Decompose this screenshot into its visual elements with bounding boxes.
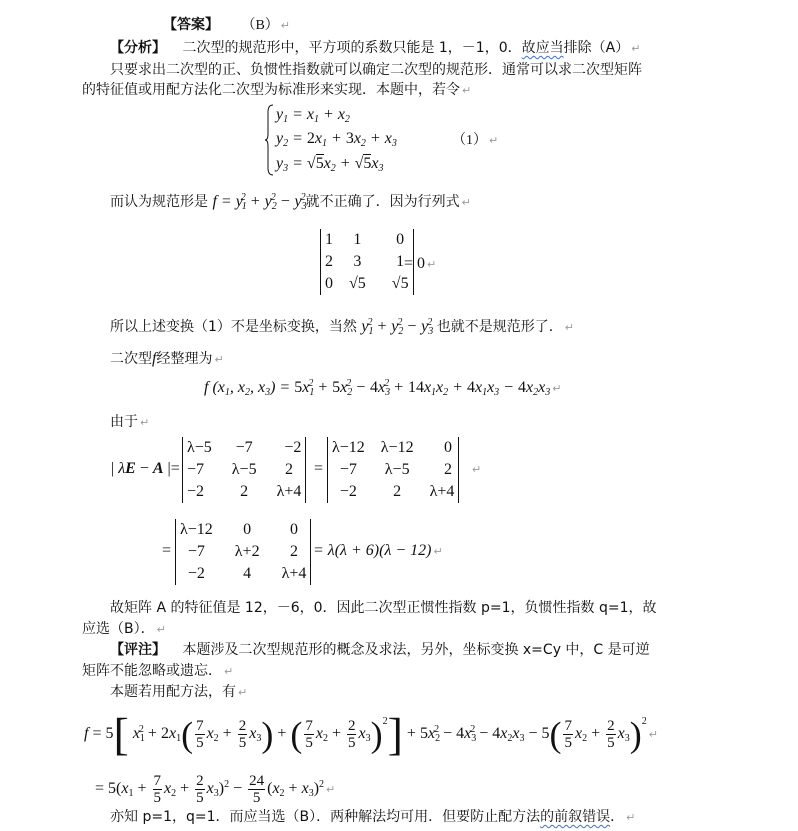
det-cell: √5: [337, 273, 378, 295]
paragraph-mark: ↵: [489, 134, 498, 147]
system-row-1: y1 = x1 + x2: [276, 106, 350, 124]
formula-y-squares: y12 + y22 − y32: [361, 318, 432, 335]
final-text: 亦知 p=1，q=1．而应当选（B）．两种解法均可用．但要防止配方法: [110, 809, 540, 825]
not-transform-suffix: 也就不是规范形了．: [437, 319, 563, 335]
comment-line-1: 【评注】 本题涉及二次型规范形的概念及求法，另外，坐标变换 x=Cy 中，C 是…: [110, 641, 650, 659]
paragraph-mark: ↵: [649, 728, 658, 741]
equation-tag-text: （1）: [452, 133, 487, 148]
answer-label: 【答案】: [163, 17, 219, 33]
answer-value: （B）: [241, 18, 278, 33]
char-det-matrix-1: λ−5−7−2 −7λ−52 −22λ+4: [182, 437, 306, 503]
arranged-line: 二次型f经整理为↵: [110, 350, 224, 369]
det-cell: λ−12: [328, 437, 369, 459]
paragraph-mark: ↵: [626, 811, 635, 824]
det-cell: −2: [273, 437, 306, 459]
det-cell: λ−5: [369, 459, 426, 481]
det-cell: 0: [321, 273, 337, 295]
det-cell: −7: [328, 459, 369, 481]
arranged-suffix: 经整理为: [156, 351, 212, 367]
det-cell: 0: [426, 437, 459, 459]
char-poly-text: = λ(λ + 6)(λ − 12): [313, 542, 432, 559]
comment-text-3: 本题若用配方法，有: [110, 684, 236, 700]
comment-text-1: 本题涉及二次型规范形的概念及求法，另外，坐标变换 x=Cy 中，C 是可逆: [182, 642, 649, 658]
paragraph-mark: ↵: [157, 623, 166, 636]
paragraph-mark: ↵: [326, 783, 335, 796]
not-transform-prefix: 所以上述变换（1）不是坐标变换，当然: [110, 319, 357, 335]
char-det-lhs: | λE − A |=: [111, 460, 180, 478]
analysis-text: 二次型的规范形中，平方项的系数只能是 1，－1，0．: [182, 40, 521, 56]
conclusion-line-2: 应选（B）．↵: [82, 620, 166, 639]
comment-text-2: 矩阵不能忽略或遗忘．: [82, 663, 222, 679]
paragraph-mark: ↵: [140, 416, 149, 429]
det-cell: 3: [337, 251, 378, 273]
since-text: 由于: [110, 414, 138, 430]
det-cell: λ+4: [273, 481, 306, 503]
since-line: 由于↵: [110, 413, 149, 432]
equation-tag: （1）↵: [452, 132, 498, 150]
det-cell: 4: [217, 563, 278, 585]
arranged-prefix: 二次型: [110, 351, 152, 367]
paragraph-mark: ↵: [238, 686, 247, 699]
analysis-label: 【分析】: [110, 40, 166, 56]
det-cell: 2: [321, 251, 337, 273]
paragraph-mark: ↵: [462, 196, 471, 209]
det-cell: λ−5: [183, 437, 216, 459]
det-cell: 2: [216, 481, 273, 503]
det-cell: λ−12: [369, 437, 426, 459]
det-cell: −2: [183, 481, 216, 503]
det1-result-text: = 0: [404, 255, 425, 272]
analysis-line-1: 【分析】 二次型的规范形中，平方项的系数只能是 1，－1，0．故应当排除（A）↵: [110, 39, 640, 58]
det-cell: 0: [217, 519, 278, 541]
det-cell: −2: [176, 563, 217, 585]
left-brace-icon: [264, 104, 274, 176]
det-cell: λ+4: [278, 563, 311, 585]
quadratic-form-formula: f (x1, x2, x3) = 5x12 + 5x22 − 4x32 + 14…: [204, 379, 561, 398]
det-cell: 0: [278, 519, 311, 541]
final-line: 亦知 p=1，q=1．而应当选（B）．两种解法均可用．但要防止配方法的前叙错误．…: [110, 808, 635, 827]
paragraph-mark: ↵: [552, 382, 561, 395]
det-cell: 2: [426, 459, 459, 481]
paragraph-mark-char: ↵: [470, 460, 481, 479]
final-text-end: ．: [610, 809, 624, 825]
spellcheck-underline[interactable]: 故应当: [522, 40, 564, 56]
det-cell: −7: [183, 459, 216, 481]
paragraph-mark: ↵: [214, 353, 223, 366]
spellcheck-underline[interactable]: 的前叙错误: [540, 809, 610, 825]
det-cell: λ+2: [217, 541, 278, 563]
det-cell: 1: [321, 229, 337, 251]
formula-f-wrong: f = y12 + y22 − y32: [212, 193, 305, 210]
paragraph-mark: ↵: [427, 258, 436, 271]
answer-line: 【答案】 （B）↵: [163, 16, 290, 35]
det-cell: λ+4: [426, 481, 459, 503]
analysis-text-3: 的特征值或用配方法化二次型为标准形来实现．本题中，若令: [82, 82, 460, 98]
det-cell: −7: [216, 437, 273, 459]
det-cell: λ−12: [176, 519, 217, 541]
char-poly-result: = λ(λ + 6)(λ − 12)↵: [313, 542, 443, 561]
det-cell: √5: [378, 273, 413, 295]
wrong-form-line: 而认为规范形是 f = y12 + y22 − y32就不正确了．因为行列式↵: [110, 193, 471, 212]
analysis-line-2: 只要求出二次型的正、负惯性指数就可以确定二次型的规范形．通常可以求二次型矩阵: [110, 61, 642, 79]
det-cell: −7: [176, 541, 217, 563]
not-transform-line: 所以上述变换（1）不是坐标变换，当然 y12 + y22 − y32 也就不是规…: [110, 318, 574, 337]
conclusion-text-2: 应选（B）．: [82, 621, 155, 637]
det-cell: 0: [378, 229, 413, 251]
paragraph-mark: ↵: [565, 321, 574, 334]
det-cell: 1: [337, 229, 378, 251]
equals-sign: =: [314, 460, 323, 478]
wrong-form-suffix: 就不正确了．因为行列式: [306, 194, 460, 210]
comment-line-3: 本题若用配方法，有↵: [110, 683, 247, 702]
paragraph-mark: ↵: [224, 665, 233, 678]
comment-line-2: 矩阵不能忽略或遗忘．↵: [82, 662, 233, 681]
paragraph-mark: ↵: [631, 42, 640, 55]
paragraph-mark: ↵: [462, 84, 471, 97]
det1-result: = 0↵: [404, 255, 436, 274]
completing-square-formula: f = 5[ x12 + 2x1(75x2 + 25x3) + (75x2 + …: [84, 714, 658, 755]
equals-sign: =: [162, 542, 171, 560]
analysis-line-3: 的特征值或用配方法化二次型为标准形来实现．本题中，若令↵: [82, 81, 471, 100]
wrong-form-prefix: 而认为规范形是: [110, 194, 208, 210]
paragraph-mark: ↵: [281, 19, 290, 32]
det-cell: 2: [278, 541, 311, 563]
completing-square-result: = 5(x1 + 75x2 + 25x3)2 − 245(x2 + x3)2↵: [95, 770, 335, 809]
paragraph-mark: ↵: [434, 545, 443, 558]
system-row-3: y3 = √5x2 + √5x3: [276, 155, 383, 173]
det-cell: 2: [369, 481, 426, 503]
paragraph-mark: ↵: [472, 463, 481, 476]
system-row-2: y2 = 2x1 + 3x2 + x3: [276, 130, 397, 148]
analysis-text-end: 排除（A）: [564, 40, 630, 56]
conclusion-line-1: 故矩阵 A 的特征值是 12，－6，0．因此二次型正惯性指数 p=1，负惯性指数…: [110, 599, 657, 617]
det-cell: −2: [328, 481, 369, 503]
det-cell: 2: [273, 459, 306, 481]
determinant-1: 110 231 0√5√5: [320, 229, 414, 295]
det-cell: λ−5: [216, 459, 273, 481]
char-det-matrix-3: λ−1200 −7λ+22 −24λ+4: [175, 519, 311, 585]
char-det-matrix-2: λ−12λ−120 −7λ−52 −22λ+4: [327, 437, 459, 503]
comment-label: 【评注】: [110, 642, 166, 658]
